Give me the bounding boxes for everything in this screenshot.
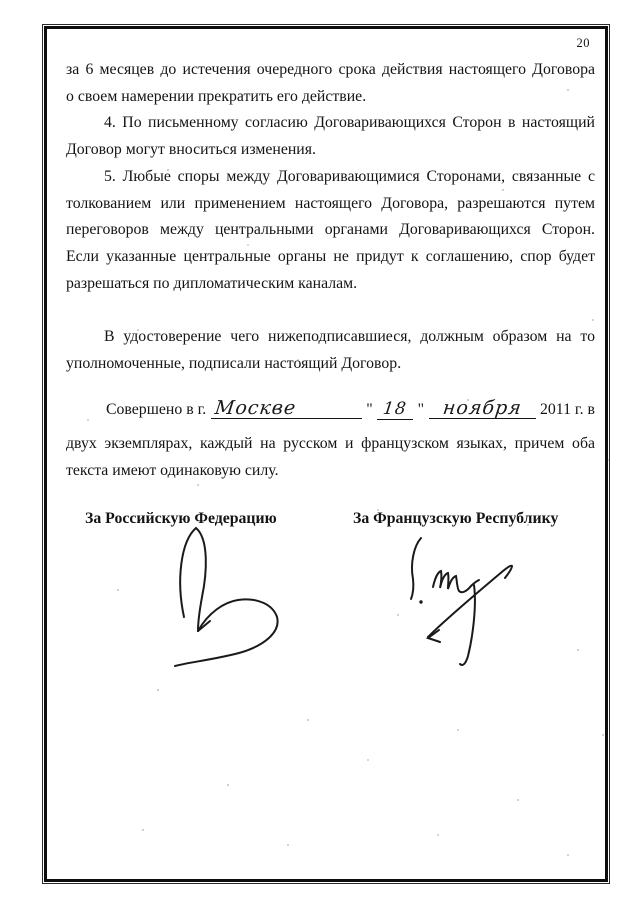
paragraph-line: переговоров между центральными органами … <box>66 217 595 244</box>
paragraph-line: 4. По письменному согласию Договаривающи… <box>66 110 595 137</box>
city-handwriting: Москве <box>213 398 297 418</box>
day-close-quote: " <box>418 401 424 419</box>
paragraph-line: за 6 месяцев до истечения очередного сро… <box>66 57 595 84</box>
paragraph-line: уполномоченные, подписали настоящий Дого… <box>66 351 595 378</box>
paragraph-clause-5: 5. Любые споры между Договаривающимися С… <box>66 164 595 297</box>
paragraph-line: разрешаться по дипломатическим каналам. <box>66 271 595 298</box>
day-blank-line: 18 <box>377 399 413 420</box>
paragraph-line: толкованием или применением настоящего Д… <box>66 191 595 218</box>
paragraph-line: 5. Любые споры между Договаривающимися С… <box>66 164 595 191</box>
paragraph-clause-4: 4. По письменному согласию Договаривающи… <box>66 110 595 163</box>
paragraph-line: В удостоверение чего нижеподписавшиеся, … <box>66 324 595 351</box>
paragraph-execution-rest: двух экземплярах, каждый на русском и фр… <box>66 431 595 484</box>
scanned-document-page: { "page": { "number": "20" }, "paragraph… <box>0 0 640 905</box>
paragraph-line: Договор могут вноситься изменения. <box>66 137 595 164</box>
paragraph-line: Если указанные центральные органы не при… <box>66 244 595 271</box>
paragraph-line: о своем намерении прекратить его действи… <box>66 84 595 111</box>
russia-signatory-label: За Российскую Федерацию <box>85 510 277 528</box>
paragraph-continuation: за 6 месяцев до истечения очередного сро… <box>66 57 595 110</box>
day-handwriting: 18 <box>382 399 408 419</box>
execution-line: Совершено в г. Москве " 18 " ноября 2011… <box>66 398 595 424</box>
execution-suffix: 2011 г. в <box>540 401 595 419</box>
day-open-quote: " <box>366 401 372 419</box>
france-signatory-label: За Французскую Республику <box>353 510 558 528</box>
paragraph-attestation: В удостоверение чего нижеподписавшиеся, … <box>66 324 595 377</box>
month-handwriting: ноября <box>441 398 522 418</box>
paragraph-line: текста имеют одинаковую силу. <box>66 458 595 485</box>
paragraph-line: двух экземплярах, каждый на русском и фр… <box>66 431 595 458</box>
page-number: 20 <box>555 36 590 51</box>
month-blank-line: ноября <box>429 398 536 419</box>
city-blank-line: Москве <box>211 398 362 419</box>
execution-prefix: Совершено в г. <box>106 401 206 419</box>
scan-noise-speckles <box>47 29 49 31</box>
